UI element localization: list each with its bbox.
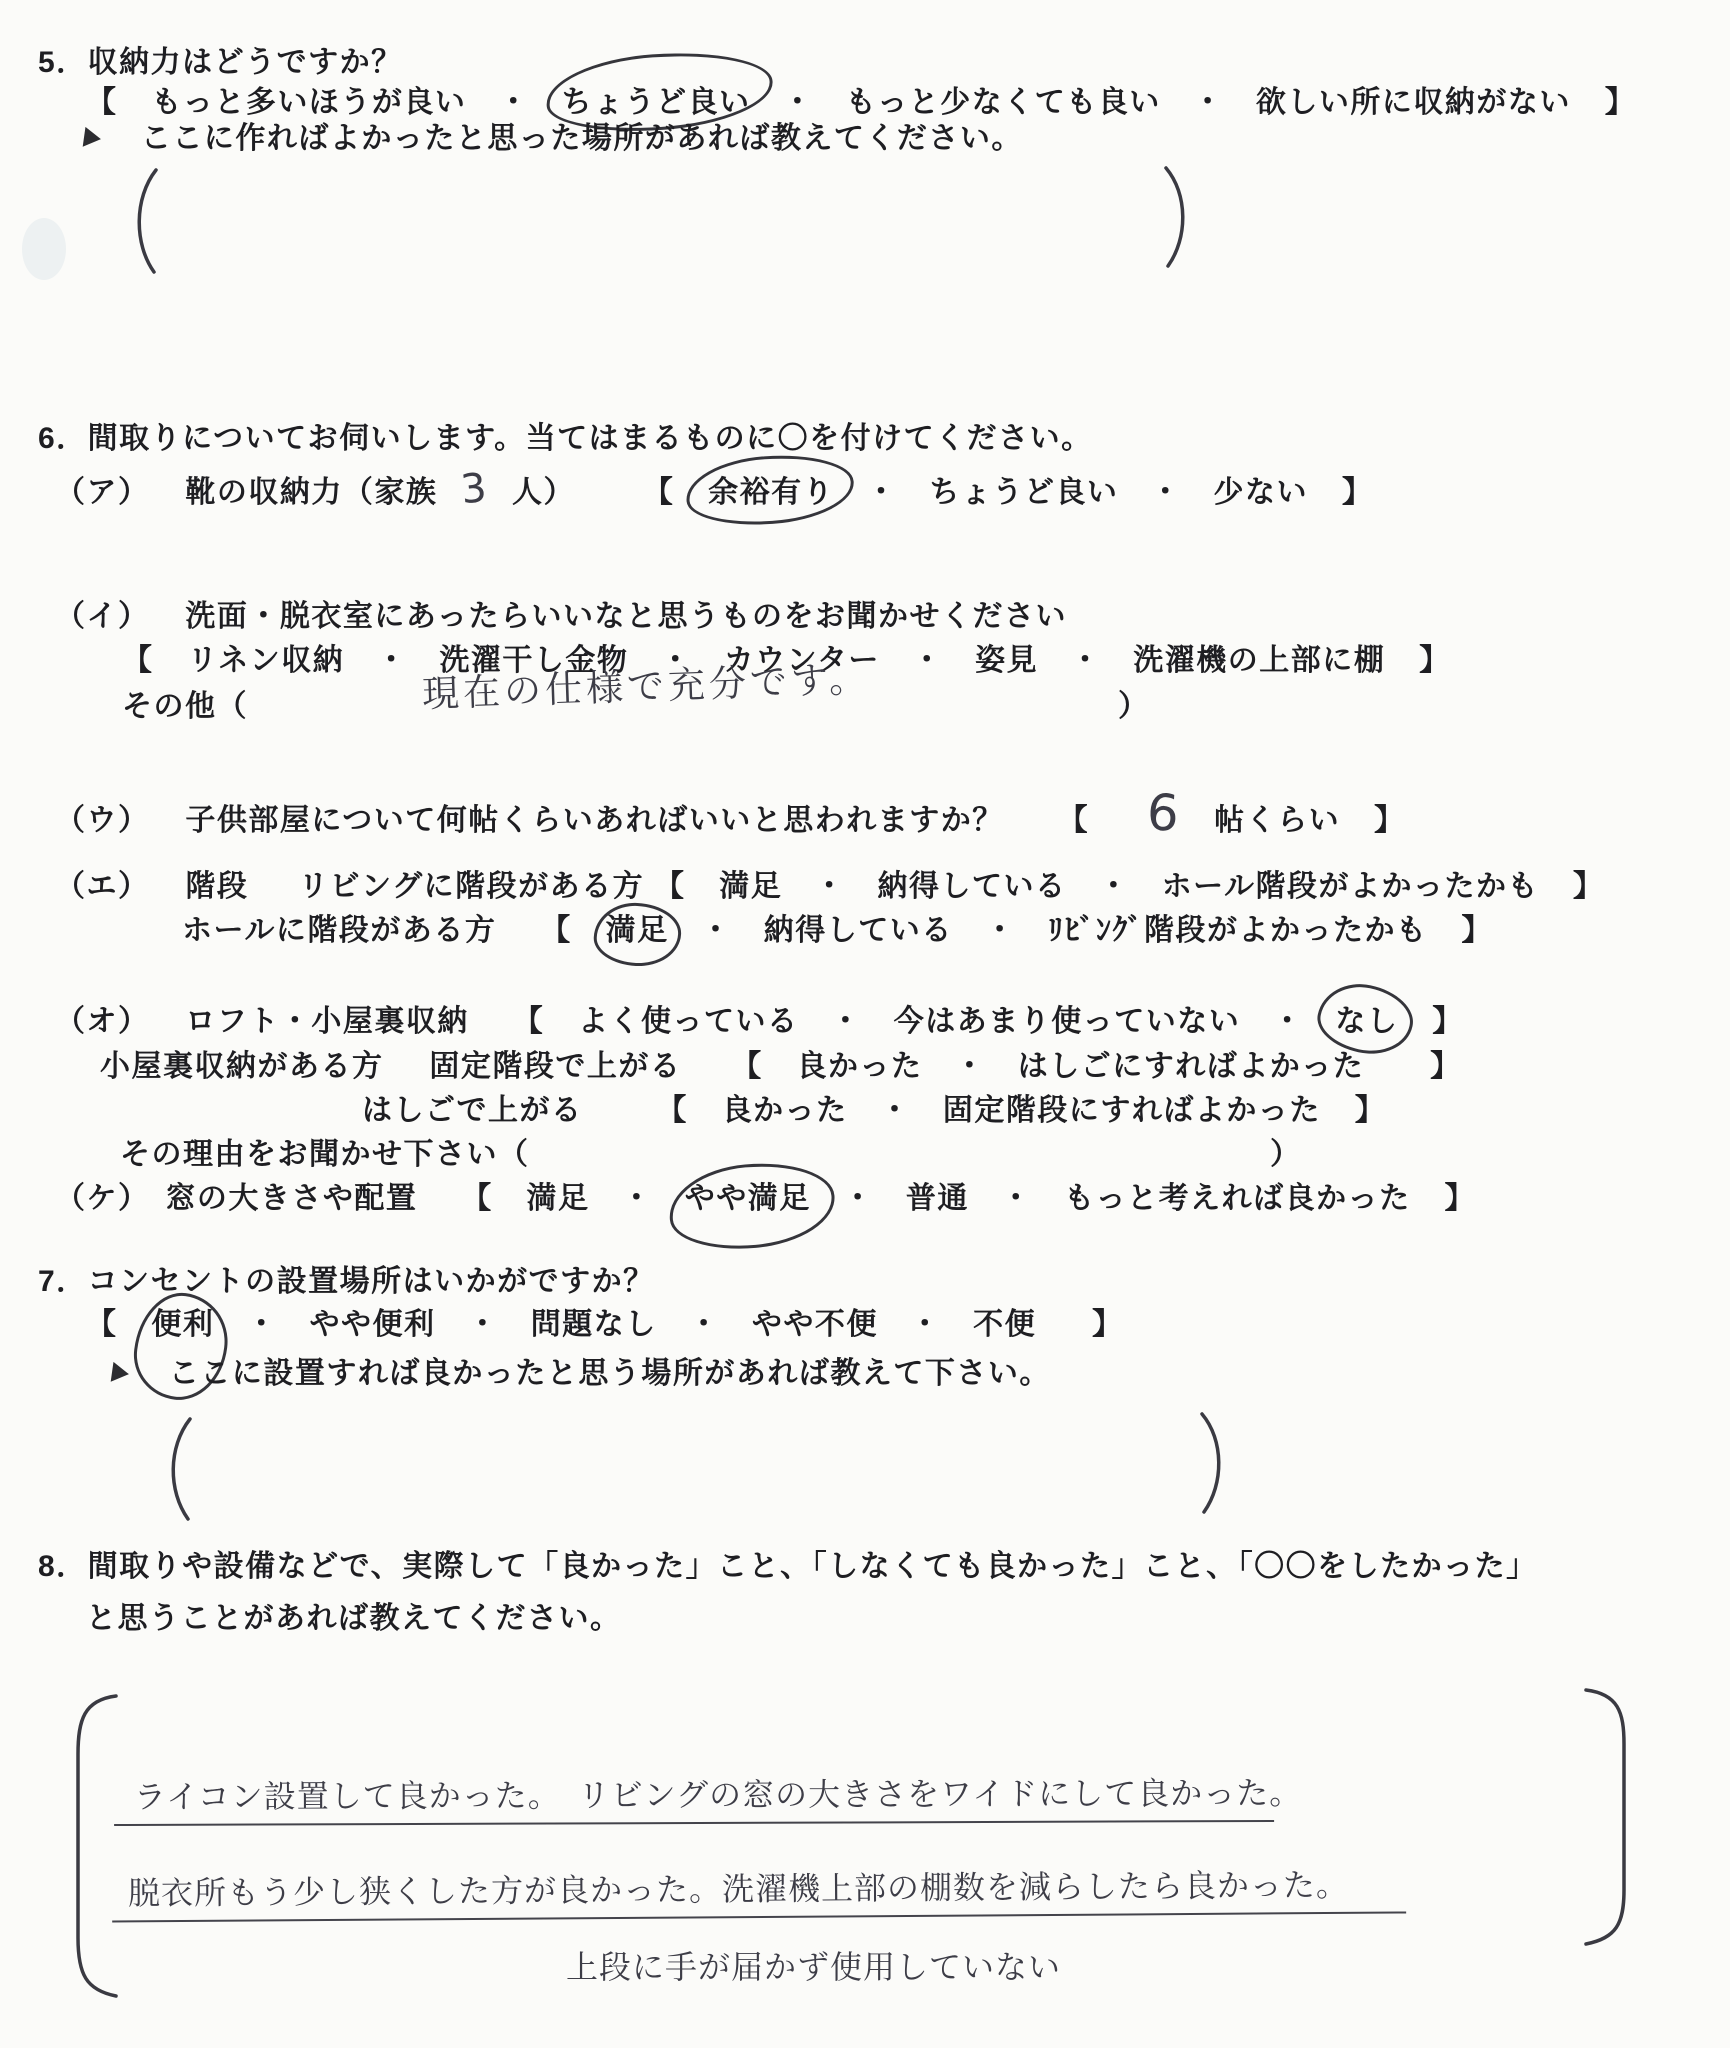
bracket-open: 【 bbox=[122, 644, 154, 677]
q7-option-somewhat-inconvenient: やや不便 bbox=[752, 1306, 878, 1344]
bracket-close: 】 bbox=[1419, 644, 1451, 677]
q5-title: 5．収納力はどうですか？ bbox=[38, 44, 403, 82]
q6u-label: （ウ） bbox=[55, 804, 150, 837]
dot-separator: ・ bbox=[880, 1094, 912, 1127]
dot-separator: ・ bbox=[498, 86, 530, 119]
q8-answer-text-1: ライコン設置して良かった。 リビングの窓の大きさをワイドにして良かった。 bbox=[134, 1775, 1302, 1815]
q7-title-text: 7．コンセントの設置場所はいかがですか？ bbox=[38, 1265, 655, 1298]
q7-title: 7．コンセントの設置場所はいかがですか？ bbox=[38, 1263, 655, 1301]
bracket-close: 】 bbox=[1573, 870, 1605, 903]
q6-title-text: 6．間取りについてお伺いします。当てはまるものに〇を付けてください。 bbox=[38, 422, 1093, 455]
dot-separator: ・ bbox=[830, 1005, 862, 1038]
q8-answer-handwritten-3: 上段に手が届かず使用していない bbox=[566, 1942, 1061, 1992]
paren-close: ） bbox=[1270, 1136, 1302, 1174]
q5-prompt-line: ここに作ればよかったと思った場所があれば教えてください。 bbox=[80, 120, 1023, 158]
q6ke-option-normal: 普通 bbox=[906, 1180, 969, 1218]
q5-prompt-text: ここに作ればよかったと思った場所があれば教えてください。 bbox=[141, 122, 1023, 155]
bracket-close: 】 bbox=[1605, 86, 1637, 119]
q6e-topic: 階段 bbox=[185, 870, 248, 903]
q6o-option-often-used: よく使っている bbox=[578, 1003, 799, 1041]
q6o-sub1-option-ladder-better: はしごにすればよかった bbox=[1018, 1048, 1365, 1086]
dot-separator: ・ bbox=[376, 644, 408, 677]
q6i-question-line: （イ） 洗面・脱衣室にあったらいいなと思うものをお聞かせください bbox=[55, 598, 1067, 636]
dot-separator: ・ bbox=[467, 1308, 499, 1341]
q6a-option-few: 少ない bbox=[1214, 474, 1309, 512]
q6e-row2-option-satisfied-circled: 満足 bbox=[606, 912, 669, 950]
paren-close: ） bbox=[1118, 688, 1150, 726]
q7-option-inconvenient: 不便 bbox=[973, 1306, 1036, 1344]
q6ke-option-satisfied: 満足 bbox=[527, 1180, 590, 1218]
dot-separator: ・ bbox=[843, 1182, 875, 1215]
q5-answer-bracket-right bbox=[1160, 164, 1196, 270]
q6ke-label: （ケ） bbox=[55, 1182, 150, 1215]
q6e-row2: ホールに階段がある方 【 満足 ・ 納得している ・ ﾘﾋﾞﾝｸﾞ階段がよかった… bbox=[182, 912, 1493, 950]
q7-option-convenient-circled: 便利 bbox=[151, 1306, 214, 1344]
q6a-line: （ア） 靴の収納力（家族 3 人） 【 余裕有り ・ ちょうど良い ・ 少ない … bbox=[55, 464, 1373, 514]
q8-title-text2: と思うことがあれば教えてください。 bbox=[86, 1602, 622, 1635]
q6e-row1-option-accepting: 納得している bbox=[877, 868, 1066, 906]
q6e-label: （エ） bbox=[55, 870, 150, 903]
q6o-sub2-option-stairs-better: 固定階段にすればよかった bbox=[943, 1092, 1321, 1130]
q6e-row1-condition: リビングに階段がある方 bbox=[298, 870, 644, 903]
q6o-reason-label: その理由をお聞かせ下さい（ bbox=[120, 1138, 530, 1171]
q5-option-just-right-circled: ちょうど良い bbox=[562, 84, 751, 122]
q6u-answer-handwritten: 6 bbox=[1145, 781, 1182, 845]
q8-answer-text-3: 上段に手が届かず使用していない bbox=[566, 1949, 1061, 1985]
q6o-sub1-method: 固定階段で上がる bbox=[429, 1050, 681, 1083]
q6o-option-none-circled: なし bbox=[1335, 1003, 1398, 1041]
bracket-close: 】 bbox=[1092, 1308, 1124, 1341]
q6ke-topic: 窓の大きさや配置 bbox=[165, 1182, 417, 1215]
dot-separator: ・ bbox=[782, 86, 814, 119]
q8-answer-handwritten-1: ライコン設置して良かった。 リビングの窓の大きさをワイドにして良かった。 bbox=[114, 1768, 1274, 1826]
bracket-close: 】 bbox=[1374, 804, 1406, 837]
q6i-option-mirror: 姿見 bbox=[975, 642, 1038, 680]
q6u-question-text: 子供部屋について何帖くらいあればいいと思われますか？ bbox=[185, 804, 1003, 837]
bracket-close: 】 bbox=[1432, 1005, 1464, 1038]
q6o-sub2: はしごで上がる 【 良かった ・ 固定階段にすればよかった 】 bbox=[362, 1092, 1386, 1130]
dot-separator: ・ bbox=[1001, 1182, 1033, 1215]
q6i-option-linen: リネン収納 bbox=[187, 642, 344, 680]
q7-option-somewhat-convenient: やや便利 bbox=[310, 1306, 436, 1344]
q6o-row1: （オ） ロフト・小屋裏収納 【 よく使っている ・ 今はあまり使っていない ・ … bbox=[55, 1003, 1464, 1041]
q6a-family-count-handwritten: 3 bbox=[459, 463, 491, 516]
q6ke-option-should-have-thought: もっと考えれば良かった bbox=[1064, 1180, 1411, 1218]
q6a-text-before: 靴の収納力（家族 bbox=[185, 476, 437, 509]
q6e-row1-option-satisfied: 満足 bbox=[719, 868, 782, 906]
q8-title-text1: 8．間取りや設備などで、実際して「良かった」こと、「しなくても良かった」こと、「… bbox=[38, 1550, 1538, 1583]
scan-smudge bbox=[22, 218, 66, 280]
q5-option-more: もっと多いほうが良い bbox=[151, 84, 466, 122]
q8-answer-bracket-left bbox=[68, 1692, 120, 2000]
q7-option-no-problem: 問題なし bbox=[531, 1306, 657, 1344]
q5-answer-bracket-left bbox=[126, 166, 162, 276]
q8-title-line1: 8．間取りや設備などで、実際して「良かった」こと、「しなくても良かった」こと、「… bbox=[38, 1548, 1538, 1586]
dot-separator: ・ bbox=[1098, 870, 1130, 903]
bracket-close: 】 bbox=[1342, 476, 1374, 509]
q5-option-missing-place: 欲しい所に収納がない bbox=[1256, 84, 1571, 122]
dot-separator: ・ bbox=[1193, 86, 1225, 119]
q7-prompt-text: ここに設置すれば良かったと思う場所があれば教えて下さい。 bbox=[169, 1357, 1051, 1390]
bracket-close: 】 bbox=[1355, 1094, 1387, 1127]
dot-separator: ・ bbox=[866, 476, 898, 509]
q6a-label: （ア） bbox=[55, 476, 150, 509]
dot-separator: ・ bbox=[985, 914, 1017, 947]
q6o-reason-line: その理由をお聞かせ下さい（ ） bbox=[120, 1136, 1320, 1174]
q6o-sub2-option-good: 良かった bbox=[722, 1092, 848, 1130]
q6o-topic: ロフト・小屋裏収納 bbox=[185, 1005, 469, 1038]
dot-separator: ・ bbox=[954, 1050, 986, 1083]
q7-prompt-line: ここに設置すれば良かったと思う場所があれば教えて下さい。 bbox=[108, 1355, 1051, 1393]
bracket-open: 【 bbox=[656, 1094, 688, 1127]
q6ke-option-somewhat-satisfied-circled: やや満足 bbox=[685, 1180, 811, 1218]
q6i-option-shelf-above-washer: 洗濯機の上部に棚 bbox=[1133, 642, 1385, 680]
q5-option-less: もっと少なくても良い bbox=[846, 84, 1161, 122]
q6i-question-text: 洗面・脱衣室にあったらいいなと思うものをお聞かせください bbox=[185, 600, 1067, 633]
dot-separator: ・ bbox=[689, 1308, 721, 1341]
q6o-sub1: 小屋裏収納がある方 固定階段で上がる 【 良かった ・ はしごにすればよかった … bbox=[100, 1048, 1462, 1086]
q6a-option-just-right: ちょうど良い bbox=[929, 474, 1118, 512]
q6a-text-after: 人） bbox=[512, 476, 575, 509]
dot-separator: ・ bbox=[814, 870, 846, 903]
q7-answer-bracket-left bbox=[160, 1415, 196, 1523]
scanned-survey-page: 5．収納力はどうですか？ 【 もっと多いほうが良い ・ ちょうど良い ・ もっと… bbox=[0, 0, 1730, 2048]
arrow-icon bbox=[83, 127, 103, 149]
dot-separator: ・ bbox=[912, 644, 944, 677]
q7-options-line: 【 便利 ・ やや便利 ・ 問題なし ・ やや不便 ・ 不便 】 bbox=[86, 1306, 1123, 1344]
q6e-row2-condition: ホールに階段がある方 bbox=[182, 914, 496, 947]
q8-answer-bracket-right bbox=[1582, 1686, 1634, 1950]
q6o-sub2-method: はしごで上がる bbox=[362, 1094, 583, 1127]
q5-title-text: 5．収納力はどうですか？ bbox=[38, 46, 403, 79]
arrow-icon bbox=[111, 1362, 131, 1384]
bracket-open: 【 bbox=[461, 1182, 493, 1215]
q6o-label: （オ） bbox=[55, 1005, 150, 1038]
q6o-sub1-prefix: 小屋裏収納がある方 bbox=[100, 1050, 384, 1083]
q6o-sub1-option-good: 良かった bbox=[797, 1048, 923, 1086]
dot-separator: ・ bbox=[700, 914, 732, 947]
q6e-row1-option-hall-better: ホール階段がよかったかも bbox=[1162, 868, 1539, 906]
q6a-option-plenty-circled: 余裕有り bbox=[708, 474, 834, 512]
q5-options-line: 【 もっと多いほうが良い ・ ちょうど良い ・ もっと少なくても良い ・ 欲しい… bbox=[86, 84, 1636, 122]
q6e-row1: （エ） 階段 リビングに階段がある方 【 満足 ・ 納得している ・ ホール階段… bbox=[55, 868, 1604, 906]
q6i-other-label: その他（ bbox=[122, 690, 248, 723]
dot-separator: ・ bbox=[1272, 1005, 1304, 1038]
q6o-option-rarely-used: 今はあまり使っていない bbox=[894, 1003, 1241, 1041]
q6u-unit: 帖くらい bbox=[1214, 804, 1340, 837]
bracket-open: 【 bbox=[540, 914, 572, 947]
dot-separator: ・ bbox=[621, 1182, 653, 1215]
dot-separator: ・ bbox=[1070, 644, 1102, 677]
q6u-line: （ウ） 子供部屋について何帖くらいあればいいと思われますか？ 【 6 帖くらい … bbox=[55, 782, 1405, 845]
bracket-open: 【 bbox=[643, 476, 675, 509]
q8-answer-text-2: 脱衣所もう少し狭くした方が良かった。洗濯機上部の棚数を減らしたら良かった。 bbox=[128, 1867, 1349, 1912]
bracket-close: 】 bbox=[1430, 1050, 1462, 1083]
q6i-other-line: その他（ 現在の仕様で充分です。 ） bbox=[122, 688, 1222, 726]
q8-answer-handwritten-2: 脱衣所もう少し狭くした方が良かった。洗濯機上部の棚数を減らしたら良かった。 bbox=[112, 1859, 1406, 1922]
bracket-close: 】 bbox=[1444, 1182, 1476, 1215]
bracket-open: 【 bbox=[86, 86, 118, 119]
dot-separator: ・ bbox=[1150, 476, 1182, 509]
q6e-row2-option-accepting: 納得している bbox=[764, 912, 953, 950]
bracket-open: 【 bbox=[86, 1308, 118, 1341]
bracket-open: 【 bbox=[1058, 804, 1090, 837]
bracket-open: 【 bbox=[731, 1050, 763, 1083]
bracket-open: 【 bbox=[513, 1005, 545, 1038]
q6e-row2-option-living-better: ﾘﾋﾞﾝｸﾞ階段がよかったかも bbox=[1048, 912, 1428, 950]
q8-title-line2: と思うことがあれば教えてください。 bbox=[86, 1600, 622, 1638]
q6-title: 6．間取りについてお伺いします。当てはまるものに〇を付けてください。 bbox=[38, 420, 1093, 458]
dot-separator: ・ bbox=[246, 1308, 278, 1341]
q6ke-line: （ケ） 窓の大きさや配置 【 満足 ・ やや満足 ・ 普通 ・ もっと考えれば良… bbox=[55, 1180, 1476, 1218]
bracket-close: 】 bbox=[1461, 914, 1493, 947]
q6i-label: （イ） bbox=[55, 600, 150, 633]
q7-answer-bracket-right bbox=[1196, 1410, 1232, 1516]
dot-separator: ・ bbox=[910, 1308, 942, 1341]
bracket-open: 【 bbox=[654, 870, 686, 903]
